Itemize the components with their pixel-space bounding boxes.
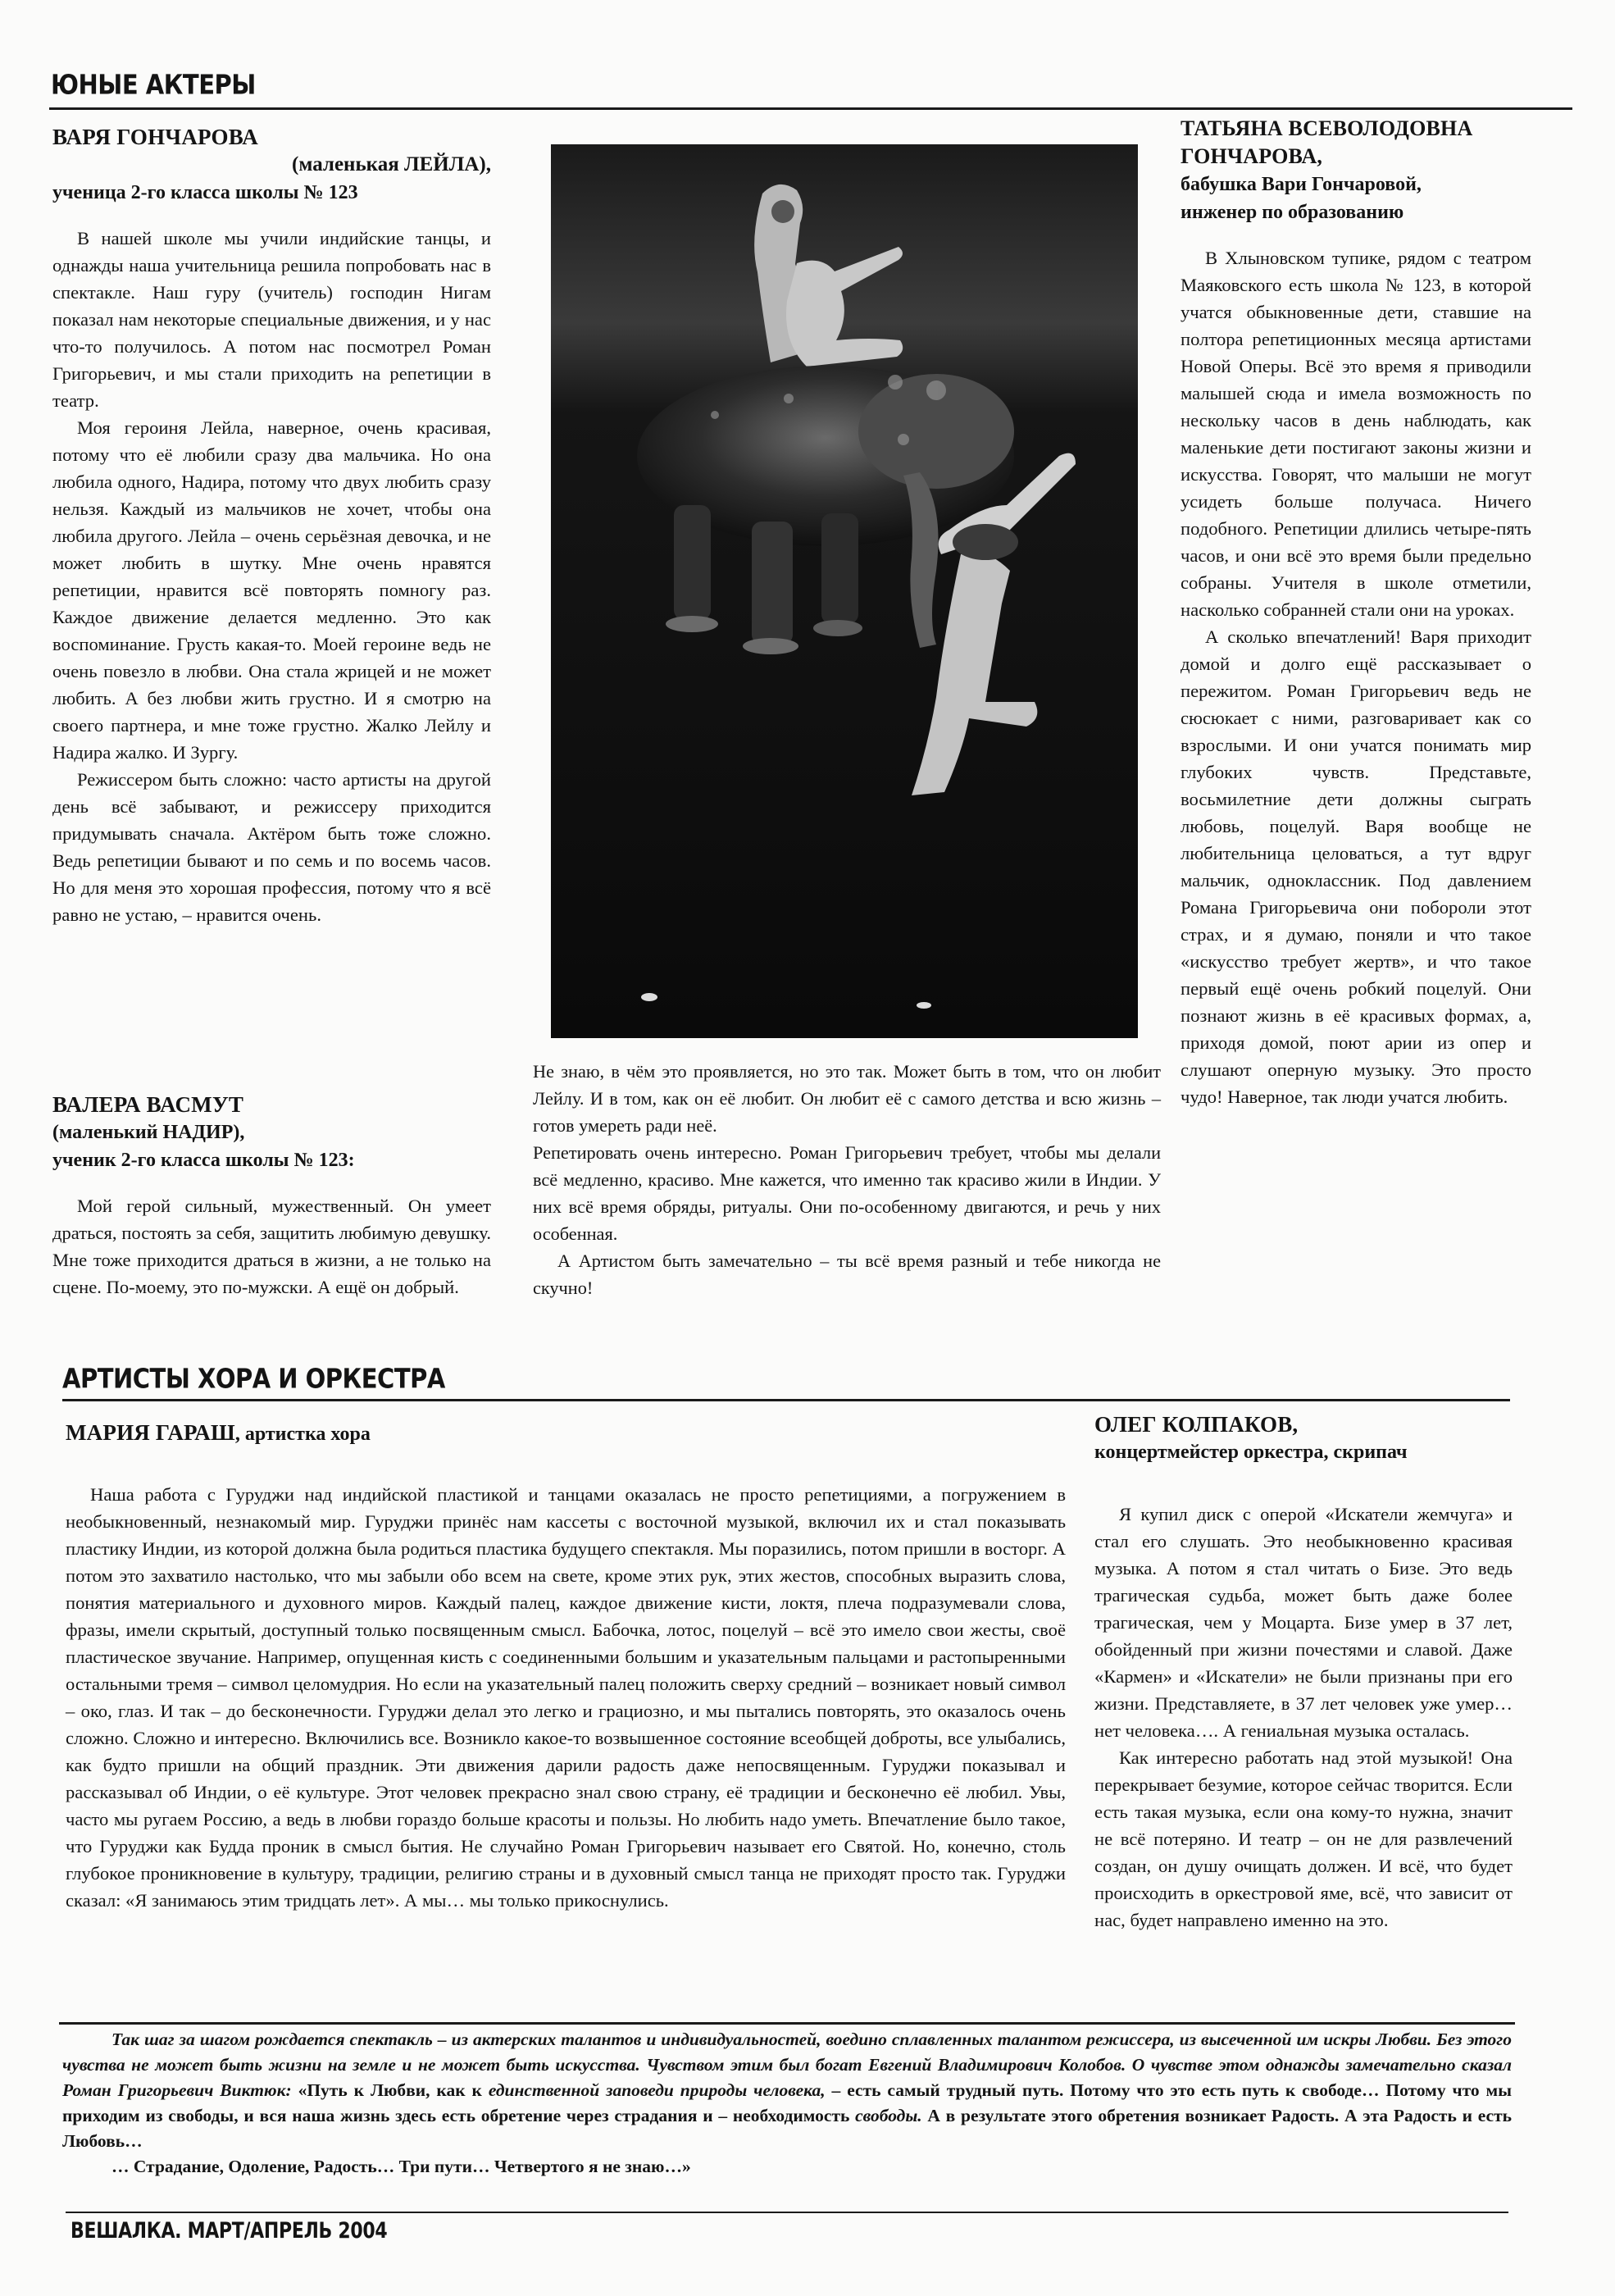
paragraph: А Артистом быть замечательно – ты всё вр… bbox=[533, 1247, 1161, 1301]
tatyana-body: В Хлыновском тупике, рядом с театром Мая… bbox=[1181, 244, 1531, 1110]
valera-article: ВАЛЕРА ВАСМУТ (маленький НАДИР), ученик … bbox=[52, 1091, 491, 1301]
footer-rule bbox=[66, 2212, 1508, 2213]
tatyana-role: бабушка Вари Гончаровой, bbox=[1181, 171, 1531, 198]
varya-article: ВАРЯ ГОНЧАРОВА (маленькая ЛЕЙЛА), учениц… bbox=[52, 123, 491, 928]
closing-note: Так шаг за шагом рождается спектакль – и… bbox=[62, 2027, 1512, 2180]
varya-name: ВАРЯ ГОНЧАРОВА bbox=[52, 123, 491, 151]
valera-name: ВАЛЕРА ВАСМУТ bbox=[52, 1091, 491, 1118]
valera-school: ученик 2-го класса школы № 123: bbox=[52, 1146, 491, 1174]
valera-body: Мой герой сильный, мужественный. Он умее… bbox=[52, 1192, 491, 1301]
tatyana-name-line2: ГОНЧАРОВА, bbox=[1181, 143, 1531, 171]
closing-rule bbox=[59, 2022, 1515, 2025]
valera-continuation: Не знаю, в чём это проявляется, но это т… bbox=[533, 1058, 1161, 1301]
maria-heading: МАРИЯ ГАРАШ, артистка хора bbox=[66, 1419, 1066, 1448]
varya-school: ученица 2-го класса школы № 123 bbox=[52, 179, 491, 207]
section-title-choir-orchestra: АРТИСТЫ ХОРА И ОРКЕСТРА bbox=[62, 1360, 445, 1397]
varya-body: В нашей школе мы учили индийские танцы, … bbox=[52, 225, 491, 928]
maria-role: , артистка хора bbox=[235, 1424, 371, 1445]
closing-quote-1: «Путь к Любви, как к bbox=[298, 2080, 489, 2100]
tatyana-name-line1: ТАТЬЯНА ВСЕВОЛОДОВНА bbox=[1181, 115, 1531, 143]
paragraph: Не знаю, в чём это проявляется, но это т… bbox=[533, 1058, 1161, 1139]
closing-italic-2: единственной заповеди природы человека, bbox=[489, 2080, 826, 2100]
valera-role: (маленький НАДИР), bbox=[52, 1118, 491, 1146]
oleg-article: ОЛЕГ КОЛПАКОВ, концертмейстер оркестра, … bbox=[1094, 1410, 1513, 1934]
paragraph: Как интересно работать над этой музыкой!… bbox=[1094, 1744, 1513, 1934]
varya-role: (маленькая ЛЕЙЛА), bbox=[52, 151, 491, 179]
maria-article: МАРИЯ ГАРАШ, артистка хора Наша работа с… bbox=[66, 1419, 1066, 1914]
paragraph: В Хлыновском тупике, рядом с театром Мая… bbox=[1181, 244, 1531, 623]
paragraph: А сколько впечатлений! Варя приходит дом… bbox=[1181, 623, 1531, 1110]
closing-last-line: … Страдание, Одоление, Радость… Три пути… bbox=[62, 2154, 1512, 2180]
closing-italic-3: свободы. bbox=[855, 2106, 922, 2125]
paragraph: В нашей школе мы учили индийские танцы, … bbox=[52, 225, 491, 414]
paragraph: Наша работа с Гуруджи над индийской плас… bbox=[66, 1481, 1066, 1914]
tatyana-profession: инженер по образованию bbox=[1181, 198, 1531, 226]
tatyana-article: ТАТЬЯНА ВСЕВОЛОДОВНА ГОНЧАРОВА, бабушка … bbox=[1181, 115, 1531, 1110]
oleg-role: концертмейстер оркестра, скрипач bbox=[1094, 1438, 1513, 1466]
paragraph: Моя героиня Лейла, наверное, очень краси… bbox=[52, 414, 491, 766]
paragraph: Мой герой сильный, мужественный. Он умее… bbox=[52, 1192, 491, 1301]
paragraph: Репетировать очень интересно. Роман Григ… bbox=[533, 1139, 1161, 1247]
section-title-young-actors: ЮНЫЕ АКТЕРЫ bbox=[51, 66, 256, 103]
paragraph: Я купил диск с оперой «Искатели жемчуга»… bbox=[1094, 1501, 1513, 1744]
oleg-body: Я купил диск с оперой «Искатели жемчуга»… bbox=[1094, 1501, 1513, 1934]
stage-photo bbox=[551, 144, 1138, 1038]
maria-body: Наша работа с Гуруджи над индийской плас… bbox=[66, 1481, 1066, 1914]
footer-magazine-issue: ВЕШАЛКА. МАРТ/АПРЕЛЬ 2004 bbox=[71, 2219, 387, 2244]
paragraph: Режиссером быть сложно: часто артисты на… bbox=[52, 766, 491, 928]
maria-name: МАРИЯ ГАРАШ bbox=[66, 1420, 235, 1445]
photo-illustration bbox=[551, 144, 1138, 1038]
header-rule bbox=[49, 107, 1572, 110]
choir-section-rule bbox=[62, 1399, 1510, 1401]
oleg-name: ОЛЕГ КОЛПАКОВ, bbox=[1094, 1410, 1513, 1438]
